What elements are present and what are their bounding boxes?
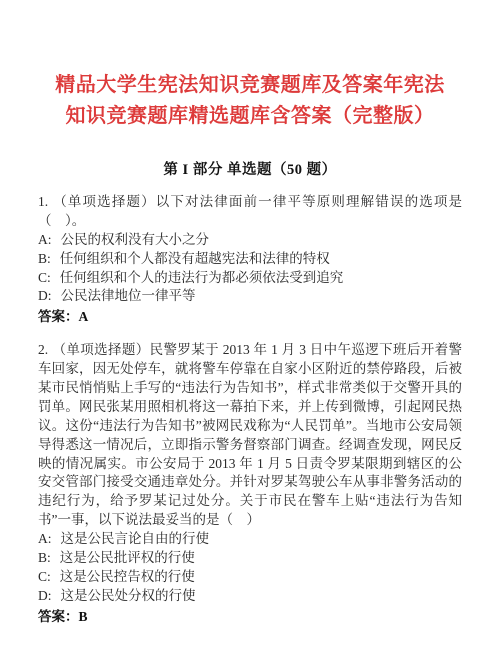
document-page: 精品大学生宪法知识竞赛题库及答案年宪法 知识竞赛题库精选题库含答案（完整版） 第… — [0, 0, 500, 647]
option-d: D:这是公民处分权的行使 — [38, 587, 462, 606]
option-d: D:公民法律地位一律平等 — [38, 287, 462, 306]
question-number: 2. — [38, 342, 48, 357]
document-title-line2: 知识竞赛题库精选题库含答案（完整版） — [66, 105, 435, 127]
answer-value: A — [79, 309, 89, 324]
option-key: B: — [38, 251, 51, 266]
option-b: B:任何组织和个人都没有超越宪法和法律的特权 — [38, 250, 462, 269]
document-title-line1: 精品大学生宪法知识竞赛题库及答案年宪法 — [55, 74, 445, 96]
answer-line: 答案：A — [38, 308, 462, 327]
option-key: A: — [38, 232, 52, 247]
option-text: 任何组织和个人的违法行为都必须依法受到追究 — [60, 270, 344, 285]
option-key: C: — [38, 270, 51, 285]
question-stem: 1.（单项选择题）以下对法律面前一律平等原则理解错误的选项是（ ）。 — [38, 193, 462, 231]
option-key: C: — [38, 569, 51, 584]
option-c: C:任何组织和个人的违法行为都必须依法受到追究 — [38, 269, 462, 288]
option-key: A: — [38, 531, 52, 546]
option-text: 这是公民处分权的行使 — [61, 588, 196, 603]
option-text: 这是公民言论自由的行使 — [61, 531, 210, 546]
question-number: 1. — [38, 194, 48, 209]
option-key: B: — [38, 550, 51, 565]
question-stem: 2.（单项选择题）民警罗某于 2013 年 1 月 3 日中午巡逻下班后开着警车… — [38, 341, 462, 530]
question-block-1: 1.（单项选择题）以下对法律面前一律平等原则理解错误的选项是（ ）。 A:公民的… — [38, 193, 462, 327]
option-text: 任何组织和个人都没有超越宪法和法律的特权 — [60, 251, 330, 266]
option-text: 公民法律地位一律平等 — [61, 288, 196, 303]
document-title: 精品大学生宪法知识竞赛题库及答案年宪法 知识竞赛题库精选题库含答案（完整版） — [38, 70, 462, 132]
option-a: A:这是公民言论自由的行使 — [38, 530, 462, 549]
option-a: A:公民的权利没有大小之分 — [38, 231, 462, 250]
question-text: 民警罗某于 2013 年 1 月 3 日中午巡逻下班后开着警车回家，因无处停车，… — [38, 342, 462, 527]
option-key: D: — [38, 588, 52, 603]
option-text: 这是公民控告权的行使 — [60, 569, 195, 584]
option-key: D: — [38, 288, 52, 303]
answer-label: 答案： — [38, 609, 79, 624]
answer-line: 答案：B — [38, 608, 462, 627]
option-b: B:这是公民批评权的行使 — [38, 549, 462, 568]
option-text: 这是公民批评权的行使 — [60, 550, 195, 565]
answer-value: B — [79, 609, 88, 624]
question-type-label: （单项选择题） — [52, 194, 156, 209]
question-block-2: 2.（单项选择题）民警罗某于 2013 年 1 月 3 日中午巡逻下班后开着警车… — [38, 341, 462, 626]
answer-label: 答案： — [38, 309, 79, 324]
option-c: C:这是公民控告权的行使 — [38, 568, 462, 587]
option-text: 公民的权利没有大小之分 — [61, 232, 210, 247]
section-header: 第 I 部分 单选题（50 题） — [38, 158, 462, 179]
question-type-label: （单项选择题） — [52, 342, 150, 357]
